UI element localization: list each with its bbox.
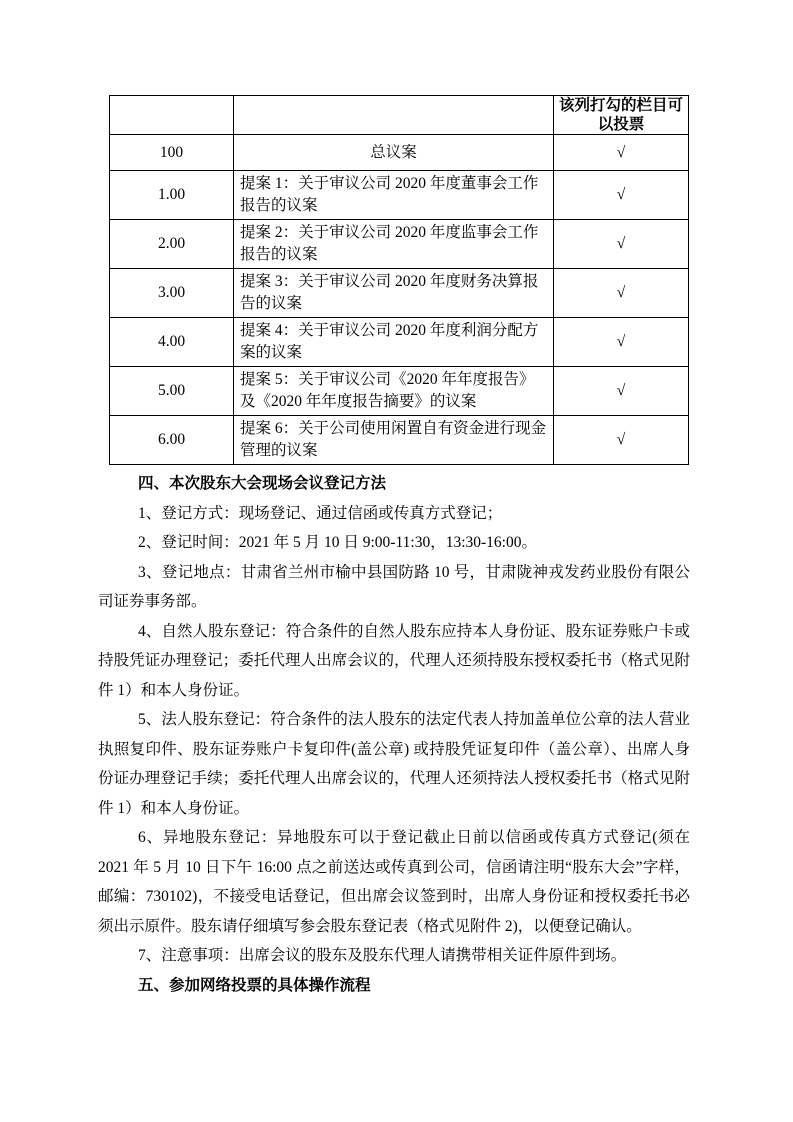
table-row: 3.00提案 3：关于审议公司 2020 年度财务决算报告的议案√ bbox=[110, 269, 689, 318]
proposal-title-cell: 提案 5：关于审议公司《2020 年年度报告》及《2020 年年度报告摘要》的议… bbox=[234, 367, 554, 416]
header-proposal-cell bbox=[234, 96, 554, 135]
vote-checkmark-cell: √ bbox=[554, 367, 689, 416]
registration-section: 四、本次股东大会现场会议登记方法 1、登记方式：现场登记、通过信函或传真方式登记… bbox=[98, 469, 690, 1000]
proposal-code-cell: 1.00 bbox=[110, 171, 234, 220]
proposal-code-cell: 3.00 bbox=[110, 269, 234, 318]
vote-checkmark-cell: √ bbox=[554, 135, 689, 171]
table-header-row: 该列打勾的栏目可以投票 bbox=[110, 96, 689, 135]
vote-checkmark-cell: √ bbox=[554, 318, 689, 367]
proposal-code-cell: 4.00 bbox=[110, 318, 234, 367]
proposal-title-cell: 总议案 bbox=[234, 135, 554, 171]
document-content: 该列打勾的栏目可以投票 100总议案√1.00提案 1：关于审议公司 2020 … bbox=[98, 95, 690, 1000]
registration-paragraph: 7、注意事项：出席会议的股东及股东代理人请携带相关证件原件到场。 bbox=[98, 941, 690, 971]
proposal-title-cell: 提案 2：关于审议公司 2020 年度监事会工作报告的议案 bbox=[234, 220, 554, 269]
table-row: 5.00提案 5：关于审议公司《2020 年年度报告》及《2020 年年度报告摘… bbox=[110, 367, 689, 416]
proposal-code-cell: 6.00 bbox=[110, 416, 234, 465]
section4-heading: 四、本次股东大会现场会议登记方法 bbox=[98, 469, 690, 499]
proposal-code-cell: 2.00 bbox=[110, 220, 234, 269]
header-vote-column-cell: 该列打勾的栏目可以投票 bbox=[554, 96, 689, 135]
registration-paragraph: 4、自然人股东登记：符合条件的自然人股东应持本人身份证、股东证券账户卡或持股凭证… bbox=[98, 617, 690, 706]
proposal-vote-table: 该列打勾的栏目可以投票 100总议案√1.00提案 1：关于审议公司 2020 … bbox=[109, 95, 689, 465]
table-row: 4.00提案 4：关于审议公司 2020 年度利润分配方案的议案√ bbox=[110, 318, 689, 367]
table-row: 2.00提案 2：关于审议公司 2020 年度监事会工作报告的议案√ bbox=[110, 220, 689, 269]
registration-paragraph: 5、法人股东登记：符合条件的法人股东的法定代表人持加盖单位公章的法人营业执照复印… bbox=[98, 705, 690, 823]
section5-heading: 五、参加网络投票的具体操作流程 bbox=[98, 971, 690, 1001]
vote-checkmark-cell: √ bbox=[554, 416, 689, 465]
proposal-title-cell: 提案 4：关于审议公司 2020 年度利润分配方案的议案 bbox=[234, 318, 554, 367]
registration-paragraph: 2、登记时间：2021 年 5 月 10 日 9:00-11:30，13:30-… bbox=[98, 528, 690, 558]
registration-paragraph: 6、异地股东登记：异地股东可以于登记截止日前以信函或传真方式登记(须在 2021… bbox=[98, 823, 690, 941]
section4-paragraphs: 1、登记方式：现场登记、通过信函或传真方式登记；2、登记时间：2021 年 5 … bbox=[98, 499, 690, 971]
proposal-code-cell: 5.00 bbox=[110, 367, 234, 416]
proposal-code-cell: 100 bbox=[110, 135, 234, 171]
proposal-table-body: 100总议案√1.00提案 1：关于审议公司 2020 年度董事会工作报告的议案… bbox=[110, 135, 689, 465]
vote-checkmark-cell: √ bbox=[554, 220, 689, 269]
vote-checkmark-cell: √ bbox=[554, 171, 689, 220]
proposal-title-cell: 提案 3：关于审议公司 2020 年度财务决算报告的议案 bbox=[234, 269, 554, 318]
registration-paragraph: 1、登记方式：现场登记、通过信函或传真方式登记； bbox=[98, 499, 690, 529]
proposal-title-cell: 提案 1：关于审议公司 2020 年度董事会工作报告的议案 bbox=[234, 171, 554, 220]
vote-checkmark-cell: √ bbox=[554, 269, 689, 318]
proposal-title-cell: 提案 6：关于公司使用闲置自有资金进行现金管理的议案 bbox=[234, 416, 554, 465]
document-page: 该列打勾的栏目可以投票 100总议案√1.00提案 1：关于审议公司 2020 … bbox=[0, 0, 793, 1122]
registration-paragraph: 3、登记地点：甘肃省兰州市榆中县国防路 10 号，甘肃陇神戎发药业股份有限公司证… bbox=[98, 558, 690, 617]
table-row: 6.00提案 6：关于公司使用闲置自有资金进行现金管理的议案√ bbox=[110, 416, 689, 465]
table-row: 100总议案√ bbox=[110, 135, 689, 171]
header-code-cell bbox=[110, 96, 234, 135]
table-row: 1.00提案 1：关于审议公司 2020 年度董事会工作报告的议案√ bbox=[110, 171, 689, 220]
